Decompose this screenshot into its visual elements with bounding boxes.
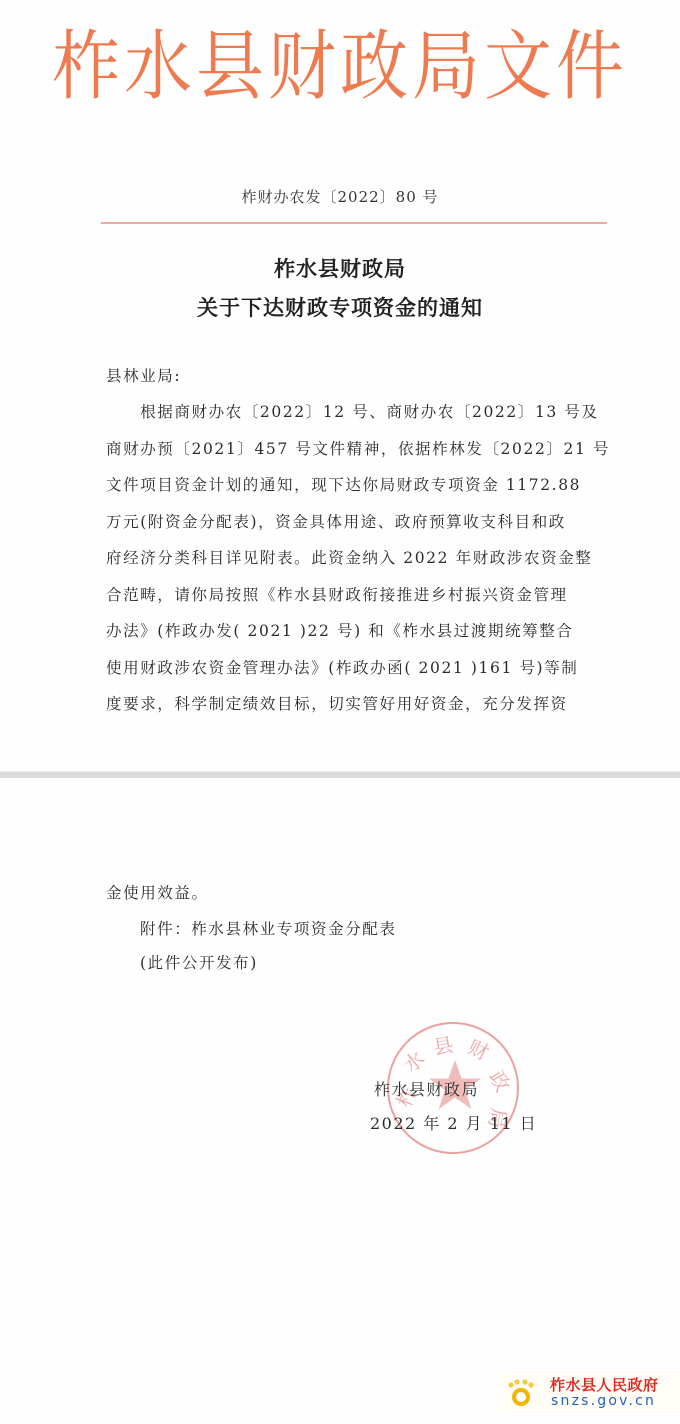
site-watermark: 柞水县人民政府 snzs.gov.cn <box>500 1372 680 1412</box>
watermark-site-name: 柞水县人民政府 <box>550 1374 659 1395</box>
seal-char: 县 <box>431 1028 456 1060</box>
publication-note: (此件公开发布) <box>140 946 258 980</box>
issuer-signature: 柞水县财政局 <box>374 1077 479 1100</box>
paw-logo-icon <box>506 1378 536 1408</box>
body-line: 根据商财办农〔2022〕12 号、商财办农〔2022〕13 号及 <box>106 394 604 431</box>
body-line: 办法》(柞政办发( 2021 )22 号) 和《柞水县过渡期统筹整合 <box>106 613 604 650</box>
body-line: 万元(附资金分配表)，资金具体用途、政府预算收支科目和政 <box>106 504 604 541</box>
red-divider-line <box>101 222 607 224</box>
body-line: 府经济分类科目详见附表。此资金纳入 2022 年财政涉农资金整 <box>106 540 604 577</box>
addressee-text: 县林业局: <box>106 358 604 395</box>
body-paragraph: 根据商财办农〔2022〕12 号、商财办农〔2022〕13 号及 商财办预〔20… <box>106 394 604 723</box>
body-line: 文件项目资金计划的通知，现下达你局财政专项资金 1172.88 <box>106 467 604 504</box>
body-continuation: 金使用效益。 <box>106 876 209 910</box>
document-number: 柞财办农发〔2022〕80 号 <box>0 186 680 207</box>
addressee: 县林业局: <box>106 358 604 395</box>
seal-char: 政 <box>483 1065 518 1097</box>
body-line: 使用财政涉农资金管理办法》(柞政办函( 2021 )161 号)等制 <box>106 650 604 687</box>
attachment-line: 附件：柞水县林业专项资金分配表 <box>140 912 397 946</box>
notice-title-line1: 柞水县财政局 <box>0 253 680 283</box>
watermark-url: snzs.gov.cn <box>551 1393 656 1409</box>
body-line: 度要求，科学制定绩效目标，切实管好用好资金，充分发挥资 <box>106 686 604 723</box>
body-line: 合范畴，请你局按照《柞水县财政衔接推进乡村振兴资金管理 <box>106 577 604 614</box>
body-line: 商财办预〔2021〕457 号文件精神，依据柞林发〔2022〕21 号 <box>106 431 604 468</box>
issue-date: 2022 年 2 月 11 日 <box>370 1111 537 1134</box>
notice-title-line2: 关于下达财政专项资金的通知 <box>0 292 680 322</box>
document-page-2 <box>0 778 680 1424</box>
masthead-title: 柞水县财政局文件 <box>0 30 680 106</box>
document-page-1: 柞水县财政局文件 柞财办农发〔2022〕80 号 柞水县财政局 关于下达财政专项… <box>0 0 680 772</box>
seal-char: 水 <box>396 1043 430 1078</box>
